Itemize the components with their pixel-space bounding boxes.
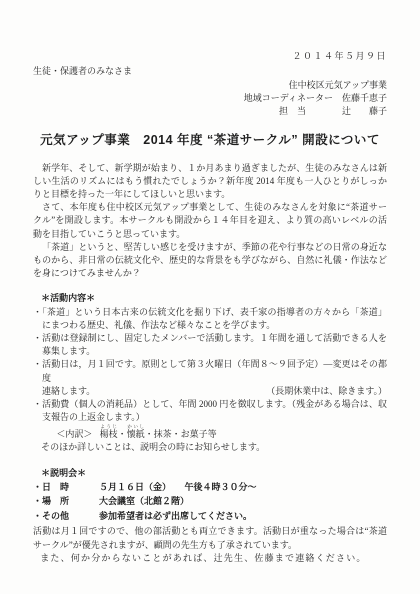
date: ２０１４年５月９日: [33, 50, 387, 63]
meeting-place-label: ・場 所: [33, 494, 99, 509]
sender-contact: 担 当 辻 藤子: [33, 105, 387, 118]
sender-coordinator: 地域コーディネーター 佐藤千恵子: [33, 92, 387, 105]
closing-paragraph-2: また、何か分からないことがあれば、辻先生、佐藤まで連絡ください。: [33, 552, 387, 565]
activity-bullet-1: ・「茶道」という日本古来の伝統文化を掘り下げ、表千家の指導者の方々から「茶道」に…: [33, 306, 387, 332]
breakdown-item-kaishi: 懐紙かいし: [127, 429, 145, 439]
meeting-row-place: ・場 所 大会議室（北館２階）: [33, 494, 387, 509]
activity-bullet-2: ・活動は登録制にし、固定したメンバーで活動します。１年間を通して活動できる人を募…: [33, 332, 387, 358]
cost-breakdown-line: ＜内訳＞楊枝ようじ・懐紙かいし・抹茶・お菓子等: [56, 424, 387, 441]
meeting-row-datetime: ・日 時 ５月１６日（金） 午後４時３０分～: [33, 480, 387, 495]
meeting-place-value: 大会議室（北館２階）: [99, 494, 189, 509]
meeting-section: ＊説明会＊ ・日 時 ５月１６日（金） 午後４時３０分～ ・場 所 大会議室（北…: [33, 467, 387, 565]
recipient: 生徒・保護者のみなさま: [33, 65, 387, 78]
breakdown-rest: ・抹茶・お菓子等: [145, 429, 217, 439]
activity-heading: ＊活動内容＊: [41, 292, 387, 305]
activity-bullet-3-continuation: 連絡します。 （長期休業中は、除きます。）: [33, 385, 387, 398]
sender-org: 住中校区元気アップ事業: [33, 79, 387, 92]
meeting-datetime-label: ・日 時: [33, 480, 99, 495]
page-title: 元気アップ事業 2014 年度 “茶道サークル” 開設について: [33, 134, 387, 147]
bullet-3-left-text: 連絡します。: [42, 385, 95, 398]
breakdown-label: ＜内訳＞: [56, 429, 92, 439]
meeting-other-value: 参加希望者は必ず出席してください。: [99, 509, 252, 524]
holiday-note: （長期休業中は、除きます。）: [266, 385, 387, 398]
meeting-other-label: ・その他: [33, 509, 99, 524]
activity-bullet-3: ・活動日は，月１回です。原則として第３火曜日（年間８～９回予定）―変更はその都度: [33, 358, 387, 384]
sender-block: 住中校区元気アップ事業 地域コーディネーター 佐藤千恵子 担 当 辻 藤子: [33, 79, 387, 118]
intro-paragraph-2: さて、本年度も住中校区元気アップ事業として、生徒のみなさんを対象に“茶道サークル…: [33, 201, 387, 241]
closing-paragraph-1: 活動は月１回ですので、他の部活動とも両立できます。活動日が重なった場合は“茶道サ…: [33, 525, 387, 551]
breakdown-item-youji: 楊枝ようじ: [100, 429, 118, 439]
meeting-datetime-value: ５月１６日（金） 午後４時３０分～: [99, 480, 257, 495]
more-info-line: そのほか詳しいことは、説明会の時にお知らせします。: [41, 441, 387, 454]
activity-section: ＊活動内容＊ ・「茶道」という日本古来の伝統文化を掘り下げ、表千家の指導者の方々…: [33, 292, 387, 454]
meeting-row-other: ・その他 参加希望者は必ず出席してください。: [33, 509, 387, 524]
meeting-heading: ＊説明会＊: [41, 467, 387, 480]
intro-paragraph-3: 「茶道」というと、堅苦しい感じを受けますが、季節の花や行事などの日常の身近なもの…: [33, 241, 387, 281]
intro-paragraph-1: 新学年、そして、新学期が始まり、１か月あまり過ぎましたが、生徒のみなさんは新しい…: [33, 162, 387, 202]
activity-bullet-4: ・活動費（個人の消耗品）として、年間 2000 円を徴収します。（残金がある場合…: [33, 398, 387, 424]
breakdown-separator: ・: [118, 429, 127, 439]
document-page: ２０１４年５月９日 生徒・保護者のみなさま 住中校区元気アップ事業 地域コーディ…: [0, 0, 420, 594]
